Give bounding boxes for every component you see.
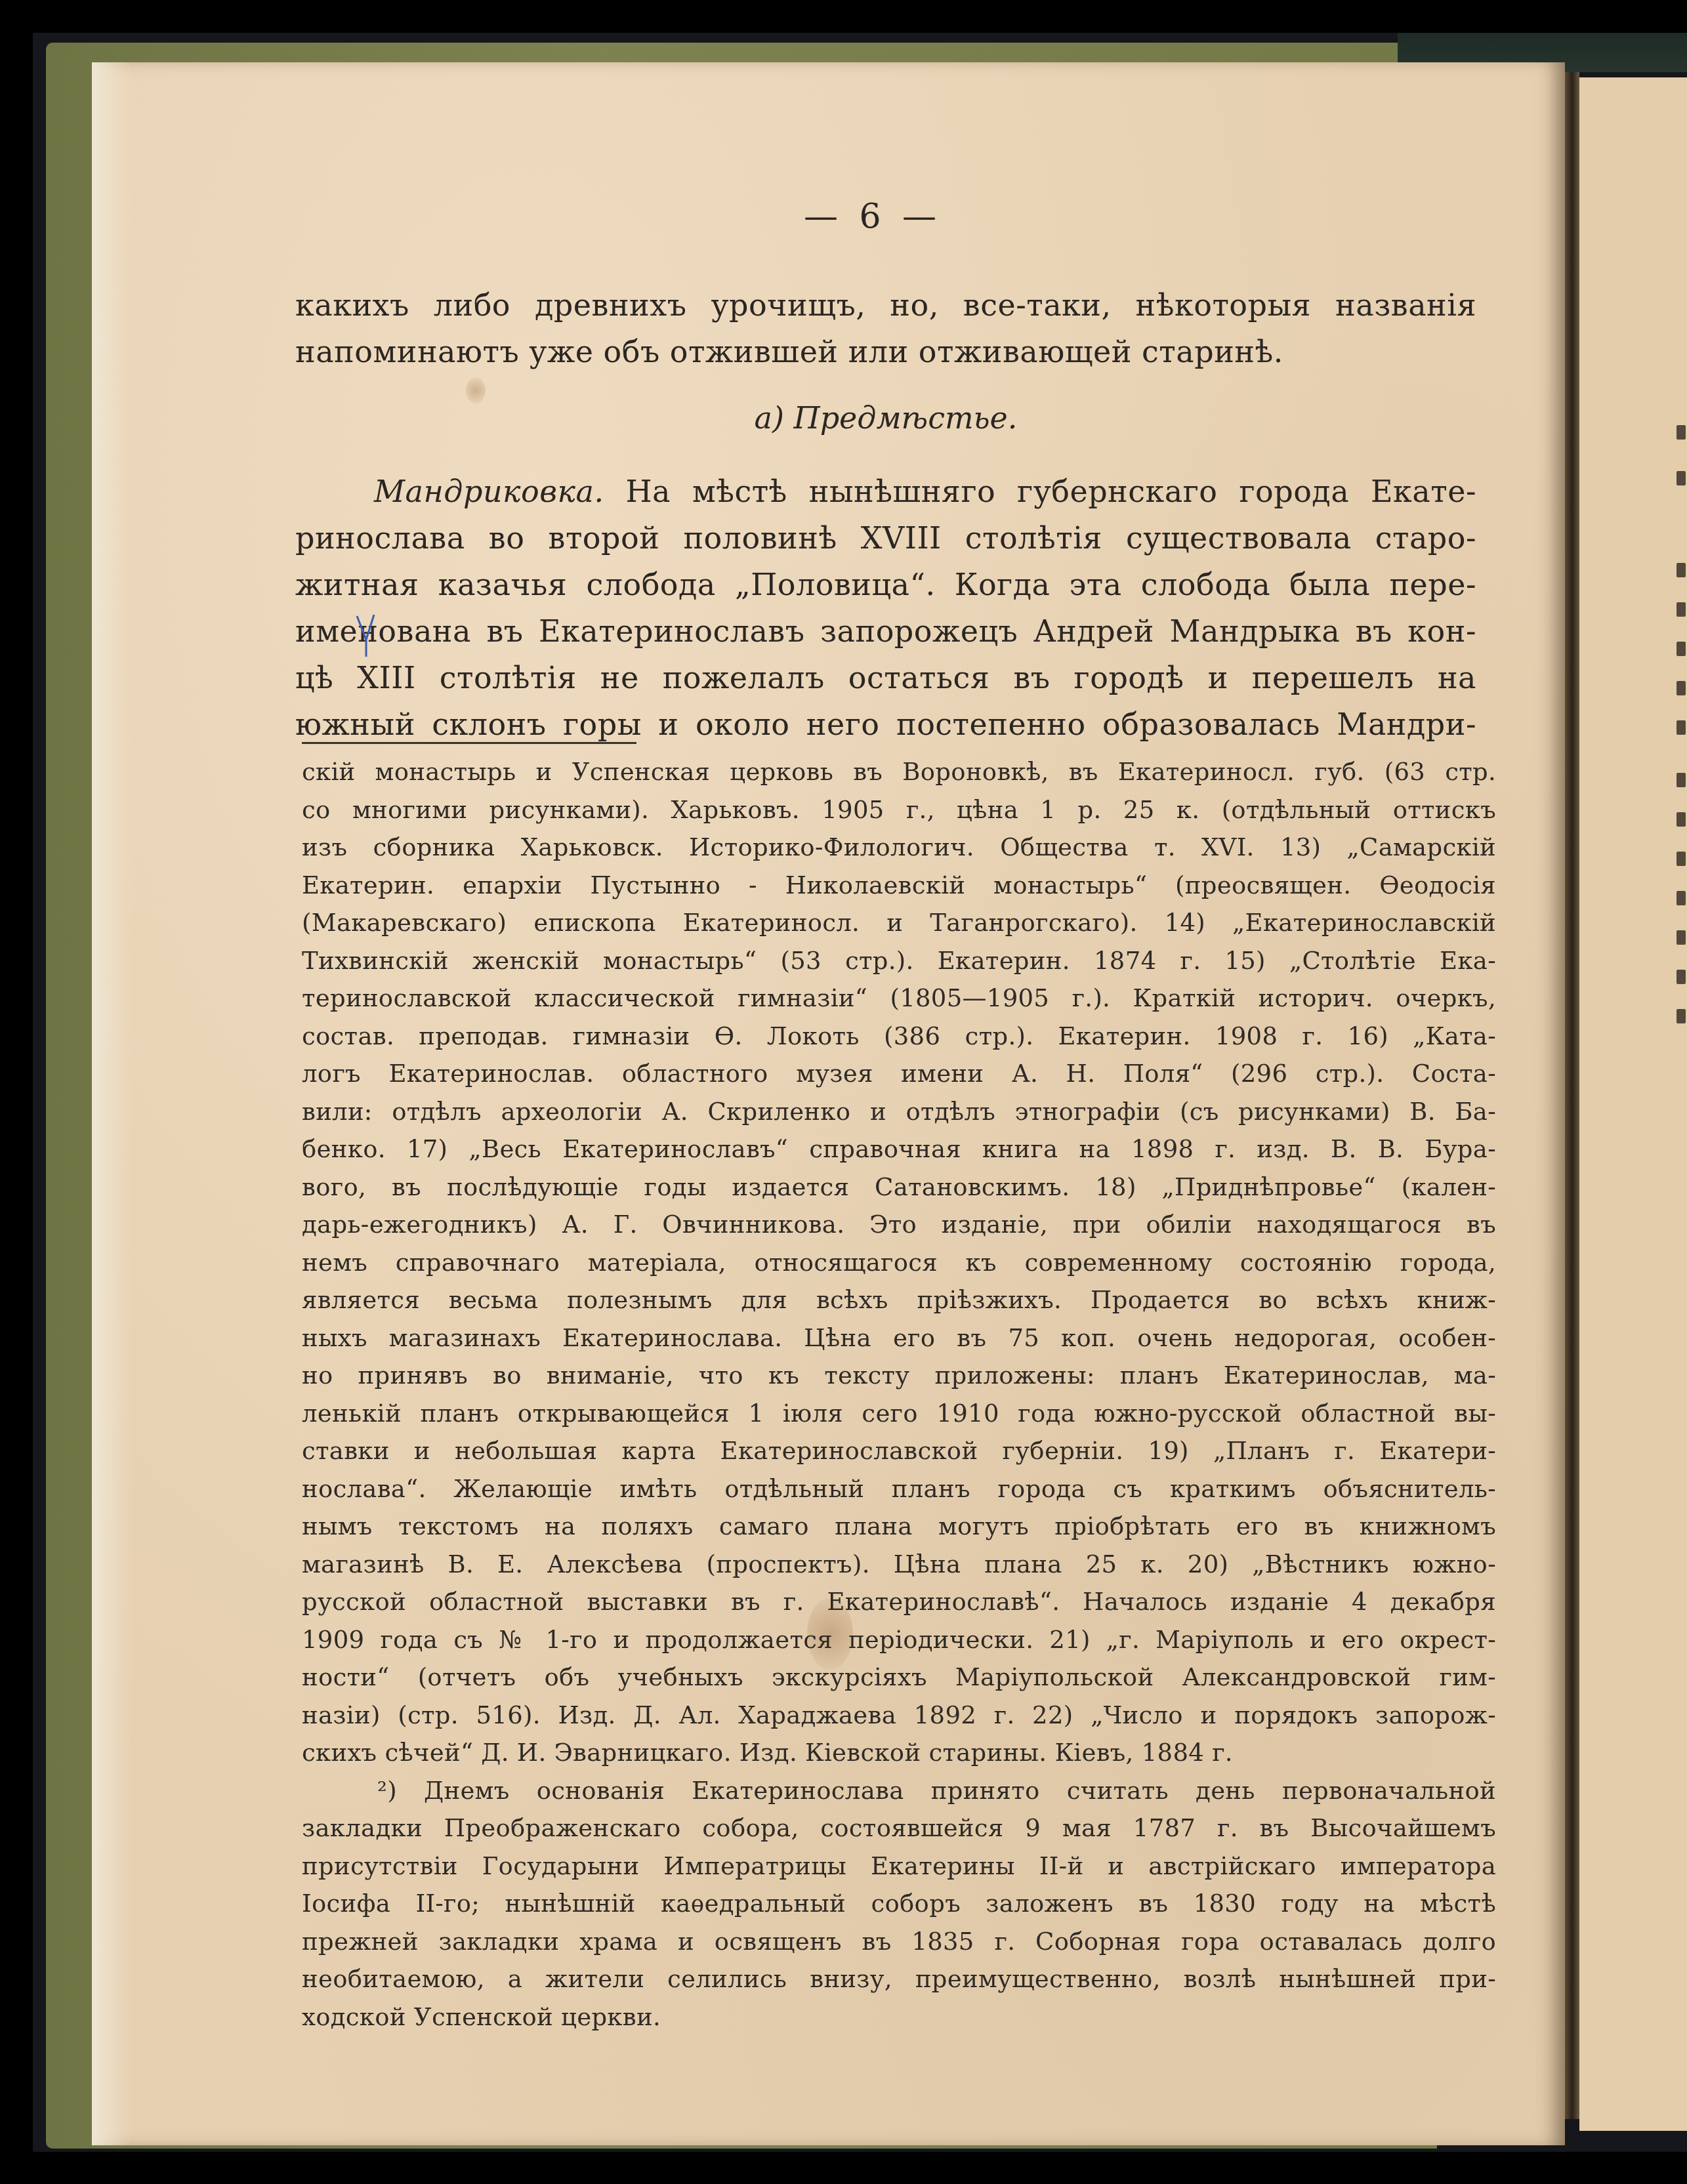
text-line: южный склонъ горы и около него постепенн… [295,701,1476,748]
footnote-line: дарь-ежегодникъ) А. Г. Овчинникова. Это … [302,1206,1496,1244]
text-line: житная казачья слобода „Половица“. Когда… [295,562,1476,608]
footnote-separator [302,742,636,744]
footnote-line: ныхъ магазинахъ Екатеринослава. Цѣна его… [302,1319,1496,1357]
footnote-line: русской областной выставки въ г. Екатери… [302,1583,1496,1621]
intro-paragraph: какихъ либо древнихъ урочищъ, но, все-та… [295,282,1476,375]
footnote-line: магазинѣ В. Е. Алексѣева (проспектъ). Цѣ… [302,1546,1496,1584]
footnote-line: логъ Екатеринослав. областного музея име… [302,1055,1496,1093]
footnote-line: нослава“. Желающіе имѣть отдѣльный планъ… [302,1470,1496,1508]
footnote-line: скихъ сѣчей“ Д. И. Эварницкаго. Изд. Кіе… [302,1734,1496,1772]
footnote-line: (Макаревскаго) епископа Екатериносл. и Т… [302,904,1496,942]
place-name: Мандриковка. [374,474,604,509]
footnote-line: является весьма полезнымъ для всѣхъ пріѣ… [302,1281,1496,1319]
adjacent-page-strip [1579,77,1687,2131]
footnote-2-line: необитаемою, а жители селились внизу, пр… [302,1960,1496,1998]
text-line: цѣ XIII столѣтія не пожелалъ остаться въ… [295,655,1476,701]
footnote-2-line: закладки Преображенскаго собора, состояв… [302,1809,1496,1847]
footnote-2-line: Іосифа II-го; нынѣшній каѳедральный собо… [302,1885,1496,1923]
footnotes-block: скій монастырь и Успенская церковь въ Во… [302,753,1496,2036]
text-line: именована въ Екатеринославъ запорожецъ А… [295,608,1476,655]
pen-correction-mark [354,613,378,659]
book-gutter [1565,72,1579,2119]
footnote-line: вили: отдѣлъ археологіи А. Скриленко и о… [302,1093,1496,1131]
footnote-line: ставки и небольшая карта Екатеринославск… [302,1432,1496,1470]
footnote-line: назіи) (стр. 516). Изд. Д. Ал. Хараджаев… [302,1697,1496,1735]
footnote-line: Тихвинскій женскій монастырь“ (53 стр.).… [302,942,1496,980]
main-text-block: — 6 — какихъ либо древнихъ урочищъ, но, … [295,197,1476,748]
page-edge-highlight [92,62,131,2145]
footnote-line: Екатерин. епархіи Пустынно - Николаевскі… [302,867,1496,905]
footnote-line: но принявъ во вниманіе, что къ тексту пр… [302,1357,1496,1395]
footnote-line: скій монастырь и Успенская церковь въ Во… [302,753,1496,791]
text-line: ринослава во второй половинѣ XVIII столѣ… [295,515,1476,562]
text-line: Мандриковка. На мѣстѣ нынѣшняго губернск… [295,468,1476,515]
footnote-line: ленькій планъ открывающейся 1 іюля сего … [302,1395,1496,1433]
footnote-2-line: ²) Днемъ основанія Екатеринослава принят… [302,1772,1496,1810]
footnote-line: ности“ (отчетъ объ учебныхъ экскурсіяхъ … [302,1659,1496,1697]
footnote-line: нымъ текстомъ на поляхъ самаго плана мог… [302,1508,1496,1546]
text-line: напоминаютъ уже объ отжившей или отживаю… [295,329,1476,375]
footnote-line: вого, въ послѣдующіе годы издается Сатан… [302,1168,1496,1206]
footnote-line: бенко. 17) „Весь Екатеринославъ“ справоч… [302,1130,1496,1168]
footnote-line: теринославской классической гимназіи“ (1… [302,979,1496,1018]
mandrikovka-paragraph: Мандриковка. На мѣстѣ нынѣшняго губернск… [295,468,1476,748]
footnote-line: состав. преподав. гимназіи Ѳ. Локоть (38… [302,1018,1496,1056]
footnote-line: 1909 года съ № 1-го и продолжается періо… [302,1621,1496,1659]
footnote-2-line: прежней закладки храма и освященъ въ 183… [302,1923,1496,1961]
footnote-line: немъ справочнаго матеріала, относящагося… [302,1244,1496,1282]
footnote-2-line: присутствіи Государыни Императрицы Екате… [302,1847,1496,1885]
footnote-line: со многими рисунками). Харьковъ. 1905 г.… [302,791,1496,829]
footnote-line: изъ сборника Харьковск. Историко-Филолог… [302,829,1496,867]
footnote-2-line: ходской Успенской церкви. [302,1998,1496,2036]
page-number: — 6 — [282,197,1463,236]
section-heading: а) Предмѣстье. [295,400,1476,436]
text-line: какихъ либо древнихъ урочищъ, но, все-та… [295,282,1476,329]
